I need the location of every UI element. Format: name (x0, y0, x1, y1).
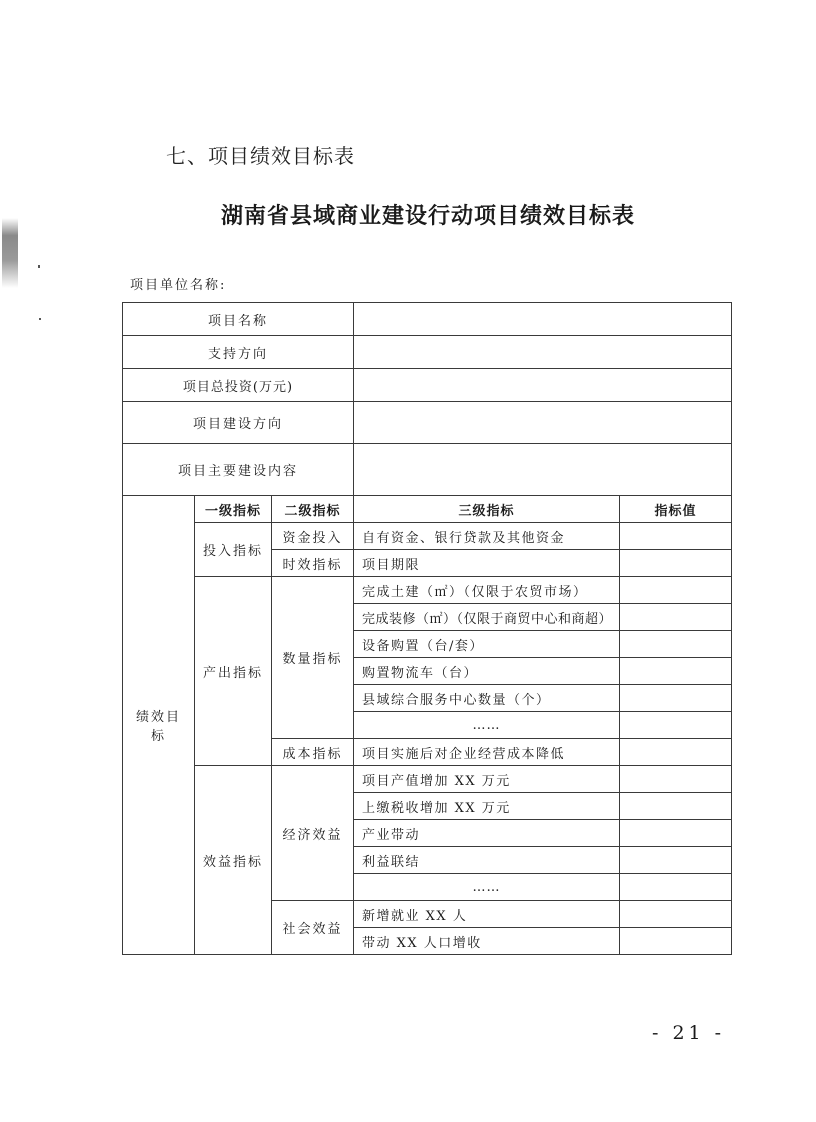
total-investment-field[interactable] (354, 369, 732, 402)
table-row: 效益指标 经济效益 项目产值增加 XX 万元 (123, 766, 732, 793)
info-label: 项目名称 (123, 303, 354, 336)
indicator-value-field[interactable] (620, 901, 732, 928)
level2-label: 时效指标 (272, 550, 354, 577)
level3-label: 自有资金、银行贷款及其他资金 (354, 523, 620, 550)
level3-label: 完成装修（㎡）（仅限于商贸中心和商超） (354, 604, 620, 631)
indicator-value-field[interactable] (620, 820, 732, 847)
indicator-value-field[interactable] (620, 658, 732, 685)
level3-label: 新增就业 XX 人 (354, 901, 620, 928)
level3-label: 项目实施后对企业经营成本降低 (354, 739, 620, 766)
header-value: 指标值 (620, 496, 732, 523)
level3-label: 完成土建（㎡）（仅限于农贸市场） (354, 577, 620, 604)
indicator-value-field[interactable] (620, 739, 732, 766)
indicator-value-field[interactable] (620, 847, 732, 874)
level3-label: 设备购置（台/套） (354, 631, 620, 658)
section-heading: 七、项目绩效目标表 (166, 140, 355, 169)
info-row-support-direction: 支持方向 (123, 336, 732, 369)
info-label: 项目主要建设内容 (123, 444, 354, 496)
level2-cost: 成本指标 (272, 739, 354, 766)
level2-label: 资金投入 (272, 523, 354, 550)
level1-input: 投入指标 (195, 523, 272, 577)
construction-direction-field[interactable] (354, 402, 732, 444)
info-row-project-name: 项目名称 (123, 303, 732, 336)
scan-speck (39, 318, 41, 320)
level2-quantity: 数量指标 (272, 577, 354, 739)
info-label: 项目总投资(万元) (123, 369, 354, 402)
info-label: 支持方向 (123, 336, 354, 369)
info-row-construction-direction: 项目建设方向 (123, 402, 732, 444)
level3-label: 上缴税收增加 XX 万元 (354, 793, 620, 820)
ellipsis-placeholder: …… (354, 712, 620, 739)
indicator-value-field[interactable] (620, 928, 732, 955)
indicator-value-field[interactable] (620, 793, 732, 820)
level3-label: 项目产值增加 XX 万元 (354, 766, 620, 793)
document-title: 湖南省县域商业建设行动项目绩效目标表 (0, 199, 816, 230)
level3-label: 项目期限 (354, 550, 620, 577)
level3-label: 县域综合服务中心数量（个） (354, 685, 620, 712)
indicator-value-field[interactable] (620, 874, 732, 901)
indicator-header-row: 绩效目标 一级指标 二级指标 三级指标 指标值 (123, 496, 732, 523)
indicator-value-field[interactable] (620, 523, 732, 550)
main-content-field[interactable] (354, 444, 732, 496)
level1-output: 产出指标 (195, 577, 272, 766)
level1-benefit: 效益指标 (195, 766, 272, 955)
indicator-value-field[interactable] (620, 712, 732, 739)
header-level3: 三级指标 (354, 496, 620, 523)
indicator-value-field[interactable] (620, 685, 732, 712)
table-row: 产出指标 数量指标 完成土建（㎡）（仅限于农贸市场） (123, 577, 732, 604)
header-level1: 一级指标 (195, 496, 272, 523)
level3-label: 带动 XX 人口增收 (354, 928, 620, 955)
indicator-value-field[interactable] (620, 604, 732, 631)
performance-goal-label: 绩效目标 (123, 496, 195, 955)
info-row-main-content: 项目主要建设内容 (123, 444, 732, 496)
indicator-value-field[interactable] (620, 766, 732, 793)
indicator-value-field[interactable] (620, 577, 732, 604)
info-label: 项目建设方向 (123, 402, 354, 444)
table-row: 投入指标 资金投入 自有资金、银行贷款及其他资金 (123, 523, 732, 550)
level2-economic: 经济效益 (272, 766, 354, 901)
project-name-field[interactable] (354, 303, 732, 336)
ellipsis-placeholder: …… (354, 874, 620, 901)
page-number: - 21 - (652, 1022, 725, 1044)
level3-label: 产业带动 (354, 820, 620, 847)
support-direction-field[interactable] (354, 336, 732, 369)
info-row-total-investment: 项目总投资(万元) (123, 369, 732, 402)
indicator-value-field[interactable] (620, 631, 732, 658)
performance-target-table: 项目名称 支持方向 项目总投资(万元) 项目建设方向 项目主要建设内容 绩效目标… (122, 302, 732, 955)
level3-label: 利益联结 (354, 847, 620, 874)
header-level2: 二级指标 (272, 496, 354, 523)
indicator-value-field[interactable] (620, 550, 732, 577)
unit-name-label: 项目单位名称: (130, 274, 226, 293)
scan-speck (38, 265, 40, 268)
level2-social: 社会效益 (272, 901, 354, 955)
level3-label: 购置物流车（台） (354, 658, 620, 685)
